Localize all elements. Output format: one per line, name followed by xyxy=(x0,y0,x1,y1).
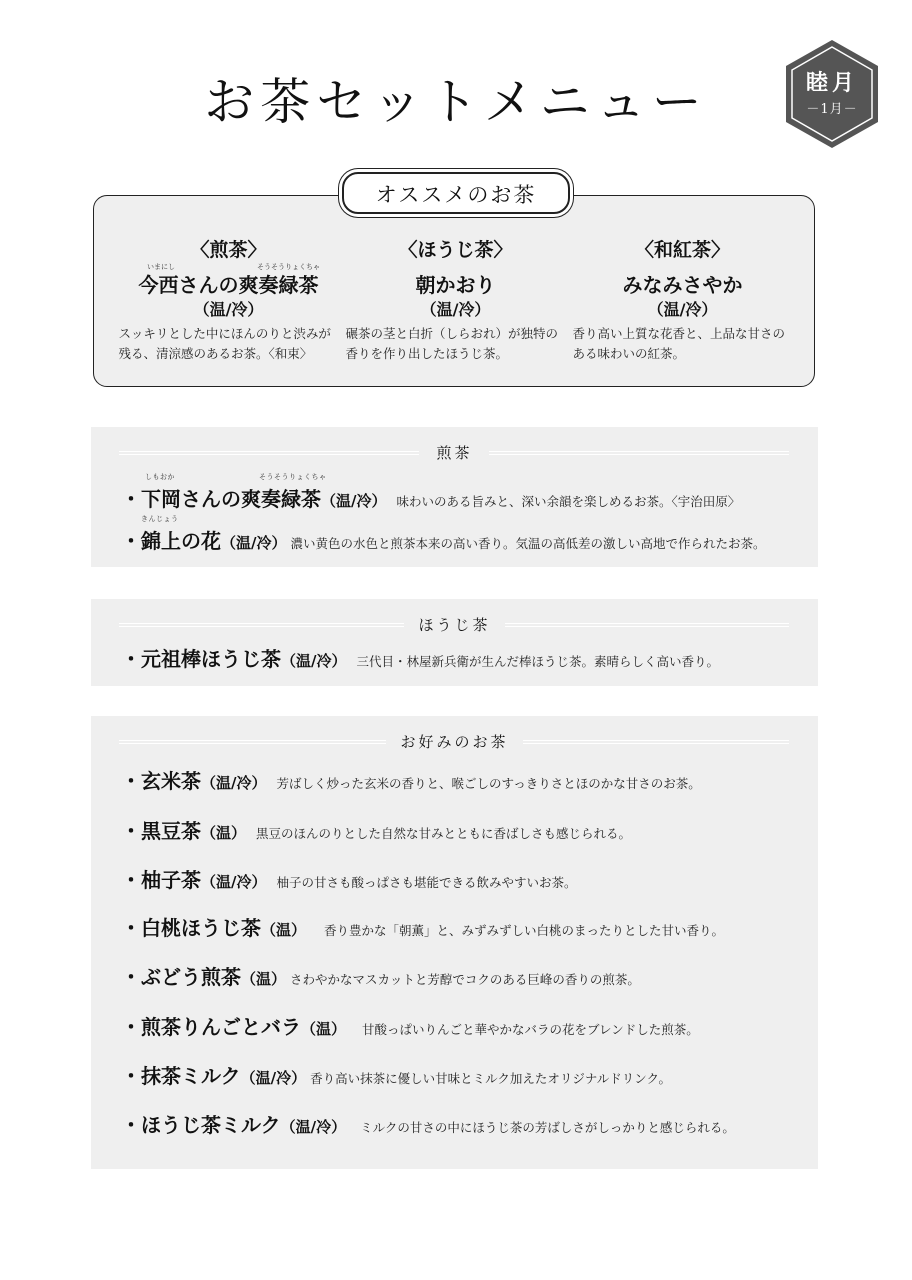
month-badge: 睦月 －1月－ xyxy=(782,38,882,150)
item-temp: （温） xyxy=(241,970,286,988)
section-houjicha: ほうじ茶 ・元祖棒ほうじ茶（温/冷）三代目・林屋新兵衛が生んだ棒ほうじ茶。素晴ら… xyxy=(91,599,818,686)
page-title: お茶セットメニュー xyxy=(0,72,912,132)
item-name: 元祖棒ほうじ茶 xyxy=(141,647,281,671)
recommended-name: みなみさやか xyxy=(565,272,800,298)
badge-month-number: －1月－ xyxy=(782,98,882,117)
section-title: 煎茶 xyxy=(422,444,486,462)
item-description: 三代目・林屋新兵衛が生んだ棒ほうじ茶。素晴らしく高い香り。 xyxy=(356,654,719,669)
badge-month-name: 睦月 xyxy=(782,66,882,97)
menu-item: ・黒豆茶（温）黒豆のほんのりとした自然な甘みとともに香ばしさも感じられる。 xyxy=(121,815,631,844)
ruby-row xyxy=(338,262,573,272)
recommended-category: 〈煎茶〉 xyxy=(111,238,346,262)
menu-item: ・元祖棒ほうじ茶（温/冷）三代目・林屋新兵衛が生んだ棒ほうじ茶。素晴らしく高い香… xyxy=(121,643,719,672)
bullet: ・ xyxy=(121,769,141,793)
item-description: 味わいのある旨みと、深い余韻を楽しめるお茶。〈宇治田原〉 xyxy=(396,494,740,509)
recommended-category: 〈和紅茶〉 xyxy=(565,238,800,262)
recommended-temp: （温/冷） xyxy=(338,298,573,322)
ruby-text: しもおか xyxy=(145,472,175,482)
item-description: 濃い黄色の水色と煎茶本来の高い香り。気温の高低差の激しい高地で作られたお茶。 xyxy=(290,536,765,551)
menu-item: しもおか そうそうりょくちゃ ・下岡さんの爽奏緑茶（温/冷）味わいのある旨みと、… xyxy=(121,483,740,512)
recommended-label: オススメのお茶 xyxy=(342,172,570,214)
item-name: ほうじ茶ミルク xyxy=(141,1113,281,1137)
menu-item: ・玄米茶（温/冷）芳ばしく炒った玄米の香りと、喉ごしのすっきりさとほのかな甘さの… xyxy=(121,765,701,794)
recommended-item-houjicha: 〈ほうじ茶〉 朝かおり （温/冷） 碾茶の茎と白折（しらおれ）が独特の香りを作り… xyxy=(338,238,573,364)
item-name: 煎茶りんごとバラ xyxy=(141,1015,301,1039)
item-description: 甘酸っぱいりんごと華やかなバラの花をブレンドした煎茶。 xyxy=(362,1022,699,1037)
ruby-text: いまにし xyxy=(147,262,175,272)
recommended-item-sencha: 〈煎茶〉 いまにし そうそうりょくちゃ 今西さんの爽奏緑茶 （温/冷） スッキリ… xyxy=(111,238,346,364)
item-name: 抹茶ミルク xyxy=(141,1064,241,1088)
menu-item: ・抹茶ミルク（温/冷）香り高い抹茶に優しい甘味とミルク加えたオリジナルドリンク。 xyxy=(121,1060,671,1089)
menu-item: ・煎茶りんごとバラ（温）甘酸っぱいりんごと華やかなバラの花をブレンドした煎茶。 xyxy=(121,1011,699,1040)
recommended-name: 朝かおり xyxy=(338,272,573,298)
bullet: ・ xyxy=(121,487,141,511)
bullet: ・ xyxy=(121,1064,141,1088)
item-temp: （温/冷） xyxy=(281,652,346,670)
ruby-text: そうそうりょくちゃ xyxy=(257,262,320,272)
ruby-row: いまにし そうそうりょくちゃ xyxy=(111,262,346,272)
bullet: ・ xyxy=(121,868,141,892)
section-header: 煎茶 xyxy=(91,443,818,463)
bullet: ・ xyxy=(121,965,141,989)
item-temp: （温/冷） xyxy=(321,492,386,510)
item-temp: （温） xyxy=(301,1020,346,1038)
bullet: ・ xyxy=(121,916,141,940)
item-description: 香り高い抹茶に優しい甘味とミルク加えたオリジナルドリンク。 xyxy=(310,1071,671,1086)
bullet: ・ xyxy=(121,1015,141,1039)
item-name: 黒豆茶 xyxy=(141,819,201,843)
item-name: 錦上の花 xyxy=(141,529,221,553)
section-header: お好みのお茶 xyxy=(91,732,818,752)
ruby-text: そうそうりょくちゃ xyxy=(259,472,327,482)
item-description: 芳ばしく炒った玄米の香りと、喉ごしのすっきりさとほのかな甘さのお茶。 xyxy=(276,776,700,791)
bullet: ・ xyxy=(121,647,141,671)
item-name: ぶどう煎茶 xyxy=(141,965,241,989)
recommended-description: 碾茶の茎と白折（しらおれ）が独特の香りを作り出したほうじ茶。 xyxy=(346,324,566,364)
section-sencha: 煎茶 しもおか そうそうりょくちゃ ・下岡さんの爽奏緑茶（温/冷）味わいのある旨… xyxy=(91,427,818,567)
recommended-item-wakoucha: 〈和紅茶〉 みなみさやか （温/冷） 香り高い上質な花香と、上品な甘さのある味わ… xyxy=(565,238,800,364)
item-temp: （温/冷） xyxy=(201,873,266,891)
item-temp: （温） xyxy=(201,824,246,842)
item-name: 玄米茶 xyxy=(141,769,201,793)
item-description: ミルクの甘さの中にほうじ茶の芳ばしさがしっかりと感じられる。 xyxy=(360,1120,735,1135)
menu-item: ・白桃ほうじ茶（温）香り豊かな「朝薫」と、みずみずしい白桃のまったりとした甘い香… xyxy=(121,912,724,941)
item-name: 白桃ほうじ茶 xyxy=(141,916,261,940)
item-description: 黒豆のほんのりとした自然な甘みとともに香ばしさも感じられる。 xyxy=(256,826,631,841)
item-description: さわやかなマスカットと芳醇でコクのある巨峰の香りの煎茶。 xyxy=(290,972,640,987)
recommended-name: 今西さんの爽奏緑茶 xyxy=(111,272,346,298)
ruby-row xyxy=(565,262,800,272)
item-temp: （温/冷） xyxy=(201,774,266,792)
ruby-text: きんじょう xyxy=(141,514,179,524)
bullet: ・ xyxy=(121,1113,141,1137)
item-temp: （温） xyxy=(261,921,306,939)
section-title: お好みのお茶 xyxy=(386,733,522,751)
menu-item: ・ほうじ茶ミルク（温/冷）ミルクの甘さの中にほうじ茶の芳ばしさがしっかりと感じら… xyxy=(121,1109,735,1138)
recommended-description: スッキリとした中にほんのりと渋みが残る、清涼感のあるお茶。〈和束〉 xyxy=(119,324,339,364)
bullet: ・ xyxy=(121,529,141,553)
recommended-category: 〈ほうじ茶〉 xyxy=(338,238,573,262)
bullet: ・ xyxy=(121,819,141,843)
recommended-description: 香り高い上質な花香と、上品な甘さのある味わいの紅茶。 xyxy=(573,324,793,364)
menu-item: ・柚子茶（温/冷）柚子の甘さも酸っぱさも堪能できる飲みやすいお茶。 xyxy=(121,864,577,893)
recommended-temp: （温/冷） xyxy=(565,298,800,322)
section-title: ほうじ茶 xyxy=(404,616,504,634)
item-description: 柚子の甘さも酸っぱさも堪能できる飲みやすいお茶。 xyxy=(276,875,576,890)
item-name: 柚子茶 xyxy=(141,868,201,892)
item-temp: （温/冷） xyxy=(221,534,286,552)
item-temp: （温/冷） xyxy=(241,1069,306,1087)
section-okonomi: お好みのお茶 ・玄米茶（温/冷）芳ばしく炒った玄米の香りと、喉ごしのすっきりさと… xyxy=(91,716,818,1169)
item-name: 下岡さんの爽奏緑茶 xyxy=(141,487,321,511)
section-header: ほうじ茶 xyxy=(91,615,818,635)
menu-item: きんじょう ・錦上の花（温/冷）濃い黄色の水色と煎茶本来の高い香り。気温の高低差… xyxy=(121,525,766,554)
item-temp: （温/冷） xyxy=(281,1118,346,1136)
menu-item: ・ぶどう煎茶（温）さわやかなマスカットと芳醇でコクのある巨峰の香りの煎茶。 xyxy=(121,961,640,990)
recommended-temp: （温/冷） xyxy=(111,298,346,322)
item-description: 香り豊かな「朝薫」と、みずみずしい白桃のまったりとした甘い香り。 xyxy=(324,923,724,938)
